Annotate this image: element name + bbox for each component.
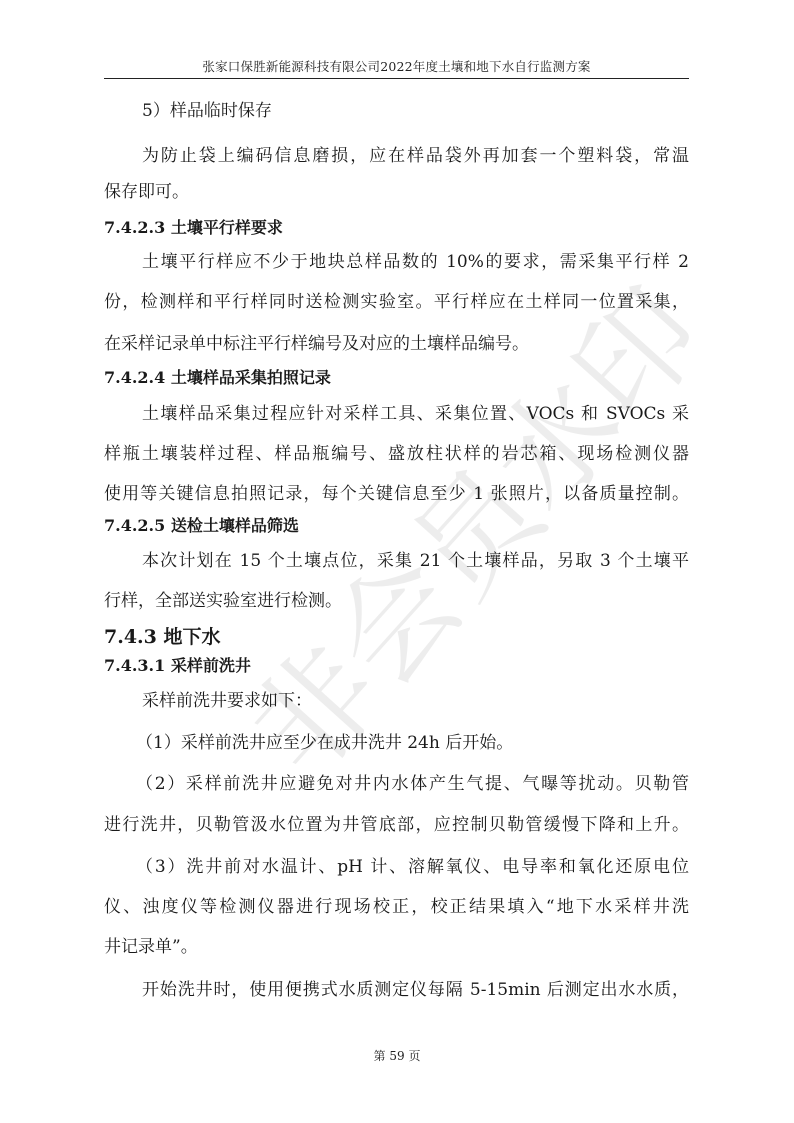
paragraph-line: 为防止袋上编码信息磨损，应在样品袋外再加套一个塑料袋，常温 — [142, 146, 689, 166]
section-heading-7-4-3-1: 7.4.3.1 采样前洗井 — [104, 656, 251, 676]
paragraph-line: 使用等关键信息拍照记录，每个关键信息至少 1 张照片，以备质量控制。 — [104, 484, 689, 504]
requirement-3: （3）洗井前对水温计、pH 计、溶解氧仪、电导率和氧化还原电位 — [136, 857, 689, 877]
paragraph-line: 井记录单”。 — [104, 937, 198, 957]
item-5-title: 5）样品临时保存 — [142, 101, 272, 121]
requirement-2: （2）采样前洗井应避免对井内水体产生气提、气曝等扰动。贝勒管 — [136, 774, 689, 794]
paragraph-line: 进行洗井，贝勒管汲水位置为井管底部，应控制贝勒管缓慢下降和上升。 — [104, 815, 689, 835]
paragraph-line: 在采样记录单中标注平行样编号及对应的土壤样品编号。 — [104, 334, 529, 354]
section-heading-7-4-2-3: 7.4.2.3 土壤平行样要求 — [104, 218, 283, 238]
paragraph-line: 开始洗井时，使用便携式水质测定仪每隔 5-15min 后测定出水水质， — [142, 980, 689, 1000]
paragraph-line: 土壤样品采集过程应针对采样工具、采集位置、VOCs 和 SVOCs 采 — [142, 404, 689, 424]
section-heading-7-4-2-5: 7.4.2.5 送检土壤样品筛选 — [104, 516, 299, 536]
requirement-1: （1）采样前洗井应至少在成井洗井 24h 后开始。 — [136, 733, 513, 753]
paragraph-line: 保存即可。 — [104, 182, 189, 202]
paragraph-line: 行样，全部送实验室进行检测。 — [104, 591, 342, 611]
section-heading-7-4-3: 7.4.3 地下水 — [104, 627, 221, 647]
paragraph-line: 份，检测样和平行样同时送检测实验室。平行样应在土样同一位置采集， — [104, 292, 689, 312]
page-number: 第 59 页 — [0, 1047, 794, 1064]
paragraph-line: 样瓶土壤装样过程、样品瓶编号、盛放柱状样的岩芯箱、现场检测仪器 — [104, 444, 689, 464]
paragraph-line: 本次计划在 15 个土壤点位，采集 21 个土壤样品，另取 3 个土壤平 — [142, 551, 689, 571]
paragraph-line: 土壤平行样应不少于地块总样品数的 10%的要求，需采集平行样 2 — [142, 252, 689, 272]
paragraph-line: 仪、浊度仪等检测仪器进行现场校正，校正结果填入“地下水采样井洗 — [104, 897, 689, 917]
header-divider — [104, 78, 689, 79]
paragraph-line: 采样前洗井要求如下： — [142, 691, 312, 711]
page-header-title: 张家口保胜新能源科技有限公司2022年度土壤和地下水自行监测方案 — [104, 57, 689, 75]
section-heading-7-4-2-4: 7.4.2.4 土壤样品采集拍照记录 — [104, 368, 331, 388]
